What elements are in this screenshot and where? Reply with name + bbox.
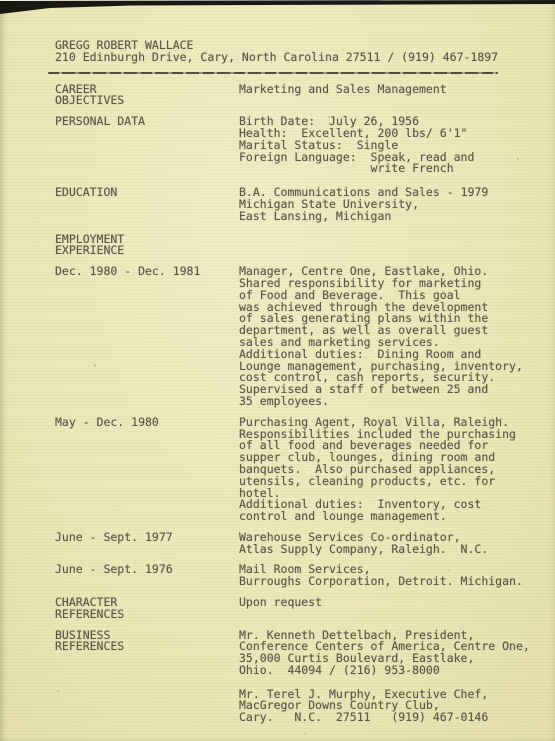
section-content: Upon request — [239, 597, 322, 621]
job-description: Purchasing Agent, Royal Villa, Raleigh. … — [239, 417, 516, 523]
resume-document: GREGG ROBERT WALLACE 210 Edinburgh Drive… — [0, 0, 555, 724]
section-content: Birth Date: July 26, 1956 Health: Excell… — [239, 116, 474, 175]
address-line: 210 Edinburgh Drive, Cary, North Carolin… — [55, 52, 539, 64]
job-dates: May - Dec. 1980 — [55, 417, 239, 523]
section-content: B.A. Communications and Sales - 1979 Mic… — [239, 187, 488, 222]
section-content: Marketing and Sales Management — [239, 84, 447, 108]
section-employment-experience: EMPLOYMENT EXPERIENCE — [55, 234, 539, 258]
section-career-objectives: CAREER OBJECTIVES Marketing and Sales Ma… — [55, 84, 539, 108]
job-entry-atlas-supply: June - Sept. 1977 Warehouse Services Co-… — [55, 532, 539, 556]
divider-rule — [48, 72, 498, 74]
section-character-references: CHARACTER REFERENCES Upon request — [55, 597, 539, 621]
section-label: EDUCATION — [55, 187, 239, 222]
section-label: CHARACTER REFERENCES — [55, 597, 239, 621]
section-label: CAREER OBJECTIVES — [55, 84, 239, 108]
job-entry-burroughs: June - Sept. 1976 Mail Room Services, Bu… — [55, 564, 539, 588]
job-description: Mail Room Services, Burroughs Corporatio… — [239, 564, 523, 588]
section-personal-data: PERSONAL DATA Birth Date: July 26, 1956 … — [55, 116, 539, 175]
job-description: Warehouse Services Co-ordinator, Atlas S… — [239, 532, 488, 556]
job-dates: June - Sept. 1976 — [55, 564, 239, 588]
job-dates: Dec. 1980 - Dec. 1981 — [55, 266, 239, 408]
resume-scan-page: GREGG ROBERT WALLACE 210 Edinburgh Drive… — [0, 0, 555, 741]
section-label: PERSONAL DATA — [55, 116, 239, 175]
job-entry-royal-villa: May - Dec. 1980 Purchasing Agent, Royal … — [55, 417, 539, 523]
job-dates: June - Sept. 1977 — [55, 532, 239, 556]
section-business-references: BUSINESS REFERENCES Mr. Kenneth Dettelba… — [55, 630, 539, 724]
job-entry-centre-one: Dec. 1980 - Dec. 1981 Manager, Centre On… — [55, 266, 539, 408]
section-content: Mr. Kenneth Dettelbach, President, Confe… — [239, 630, 530, 724]
section-label: EMPLOYMENT EXPERIENCE — [55, 234, 239, 258]
job-description: Manager, Centre One, Eastlake, Ohio. Sha… — [239, 266, 523, 408]
section-education: EDUCATION B.A. Communications and Sales … — [55, 187, 539, 222]
section-label: BUSINESS REFERENCES — [55, 630, 239, 724]
